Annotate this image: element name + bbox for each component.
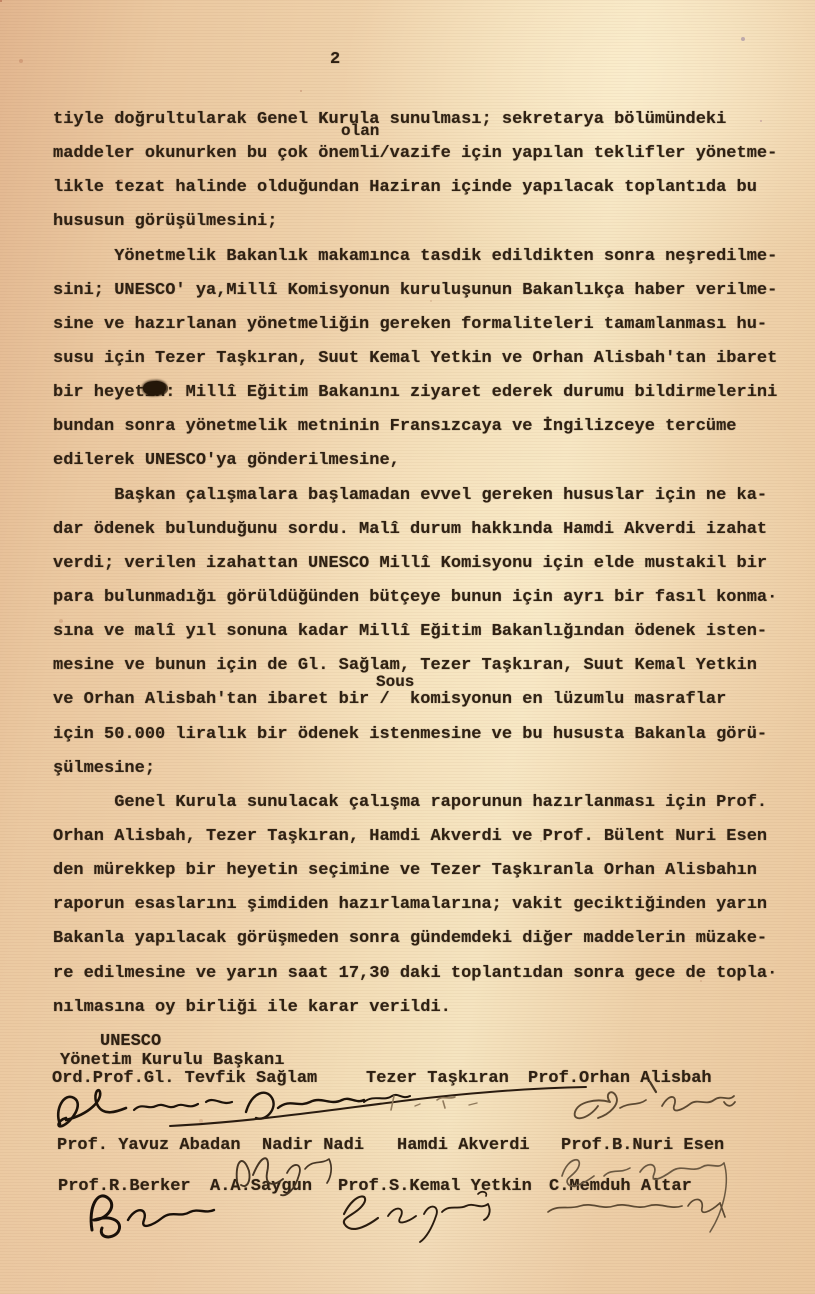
- sig-org-label: UNESCO: [100, 1032, 161, 1051]
- typed-line: nılmasına oy birliği ile karar verildi.: [53, 991, 813, 1025]
- typed-line: dar ödenek bulunduğunu sordu. Malî durum…: [53, 513, 813, 547]
- document-body: tiyle doğrultularak Genel Kurula sunulma…: [53, 103, 813, 1025]
- typed-line: den mürekkep bir heyetin seçimine ve Tez…: [53, 854, 813, 888]
- typed-line: için 50.000 liralık bir ödenek istenmesi…: [53, 718, 813, 752]
- typed-line: bir heyetin: Millî Eğitim Bakanını ziyar…: [53, 376, 813, 410]
- sig-name-hamdi-akverdi: Hamdi Akverdi: [397, 1136, 530, 1155]
- sig-name-yavuz-abadan: Prof. Yavuz Abadan: [57, 1136, 241, 1155]
- typed-line: bundan sonra yönetmelik metninin Fransız…: [53, 410, 813, 444]
- typed-line: susu için Tezer Taşkıran, Suut Kemal Yet…: [53, 342, 813, 376]
- typed-line: sına ve malî yıl sonuna kadar Millî Eğit…: [53, 615, 813, 649]
- insertion-olan: olan: [341, 122, 379, 140]
- typed-line: sini; UNESCO' ya,Millî Komisyonun kurulu…: [53, 274, 813, 308]
- memduh-altar-signature: [540, 1190, 735, 1226]
- paper-specks: [0, 0, 2, 2]
- typed-line: tiyle doğrultularak Genel Kurula sunulma…: [53, 103, 813, 137]
- typed-line: re edilmesine ve yarın saat 17,30 daki t…: [53, 957, 813, 991]
- typed-line: şülmesine;: [53, 752, 813, 786]
- s-kemal-yetkin-signature: [328, 1186, 503, 1234]
- r-berker-signature: [78, 1186, 223, 1241]
- tevfik-saglam-signature: [50, 1080, 595, 1138]
- page-number: 2: [330, 50, 340, 69]
- typed-line: likle tezat halinde olduğundan Haziran i…: [53, 171, 813, 205]
- tezer-taskiran-signature: [385, 1092, 500, 1114]
- insertion-sous: Sous: [376, 673, 414, 691]
- typed-line: Bakanla yapılacak görüşmeden sonra günde…: [53, 922, 813, 956]
- typed-line: Başkan çalışmalara başlamadan evvel gere…: [53, 479, 813, 513]
- typed-line: maddeler okunurken bu çok önemli/vazife …: [53, 137, 813, 171]
- typed-line: verdi; verilen izahattan UNESCO Millî Ko…: [53, 547, 813, 581]
- typed-line: hususun görüşülmesini;: [53, 205, 813, 239]
- scanned-document-page: 2 tiyle doğrultularak Genel Kurula sunul…: [0, 0, 815, 1294]
- typed-line: raporun esaslarını şimdiden hazırlamalar…: [53, 888, 813, 922]
- orhan-alisbah-signature: [552, 1080, 737, 1126]
- typed-line: Genel Kurula sunulacak çalışma raporunun…: [53, 786, 813, 820]
- typed-line: edilerek UNESCO'ya gönderilmesine,: [53, 444, 813, 478]
- typed-line: sine ve hazırlanan yönetmeliğin gereken …: [53, 308, 813, 342]
- sig-chair-title: Yönetim Kurulu Başkanı: [60, 1051, 284, 1070]
- typed-line: Orhan Alisbah, Tezer Taşkıran, Hamdi Akv…: [53, 820, 813, 854]
- typed-line: ve Orhan Alisbah'tan ibaret bir / komisy…: [53, 683, 813, 717]
- typed-line: para bulunmadığı görüldüğünden bütçeye b…: [53, 581, 813, 615]
- typed-line: Yönetmelik Bakanlık makamınca tasdik edi…: [53, 240, 813, 274]
- typed-line: mesine ve bunun için de Gl. Sağlam, Teze…: [53, 649, 813, 683]
